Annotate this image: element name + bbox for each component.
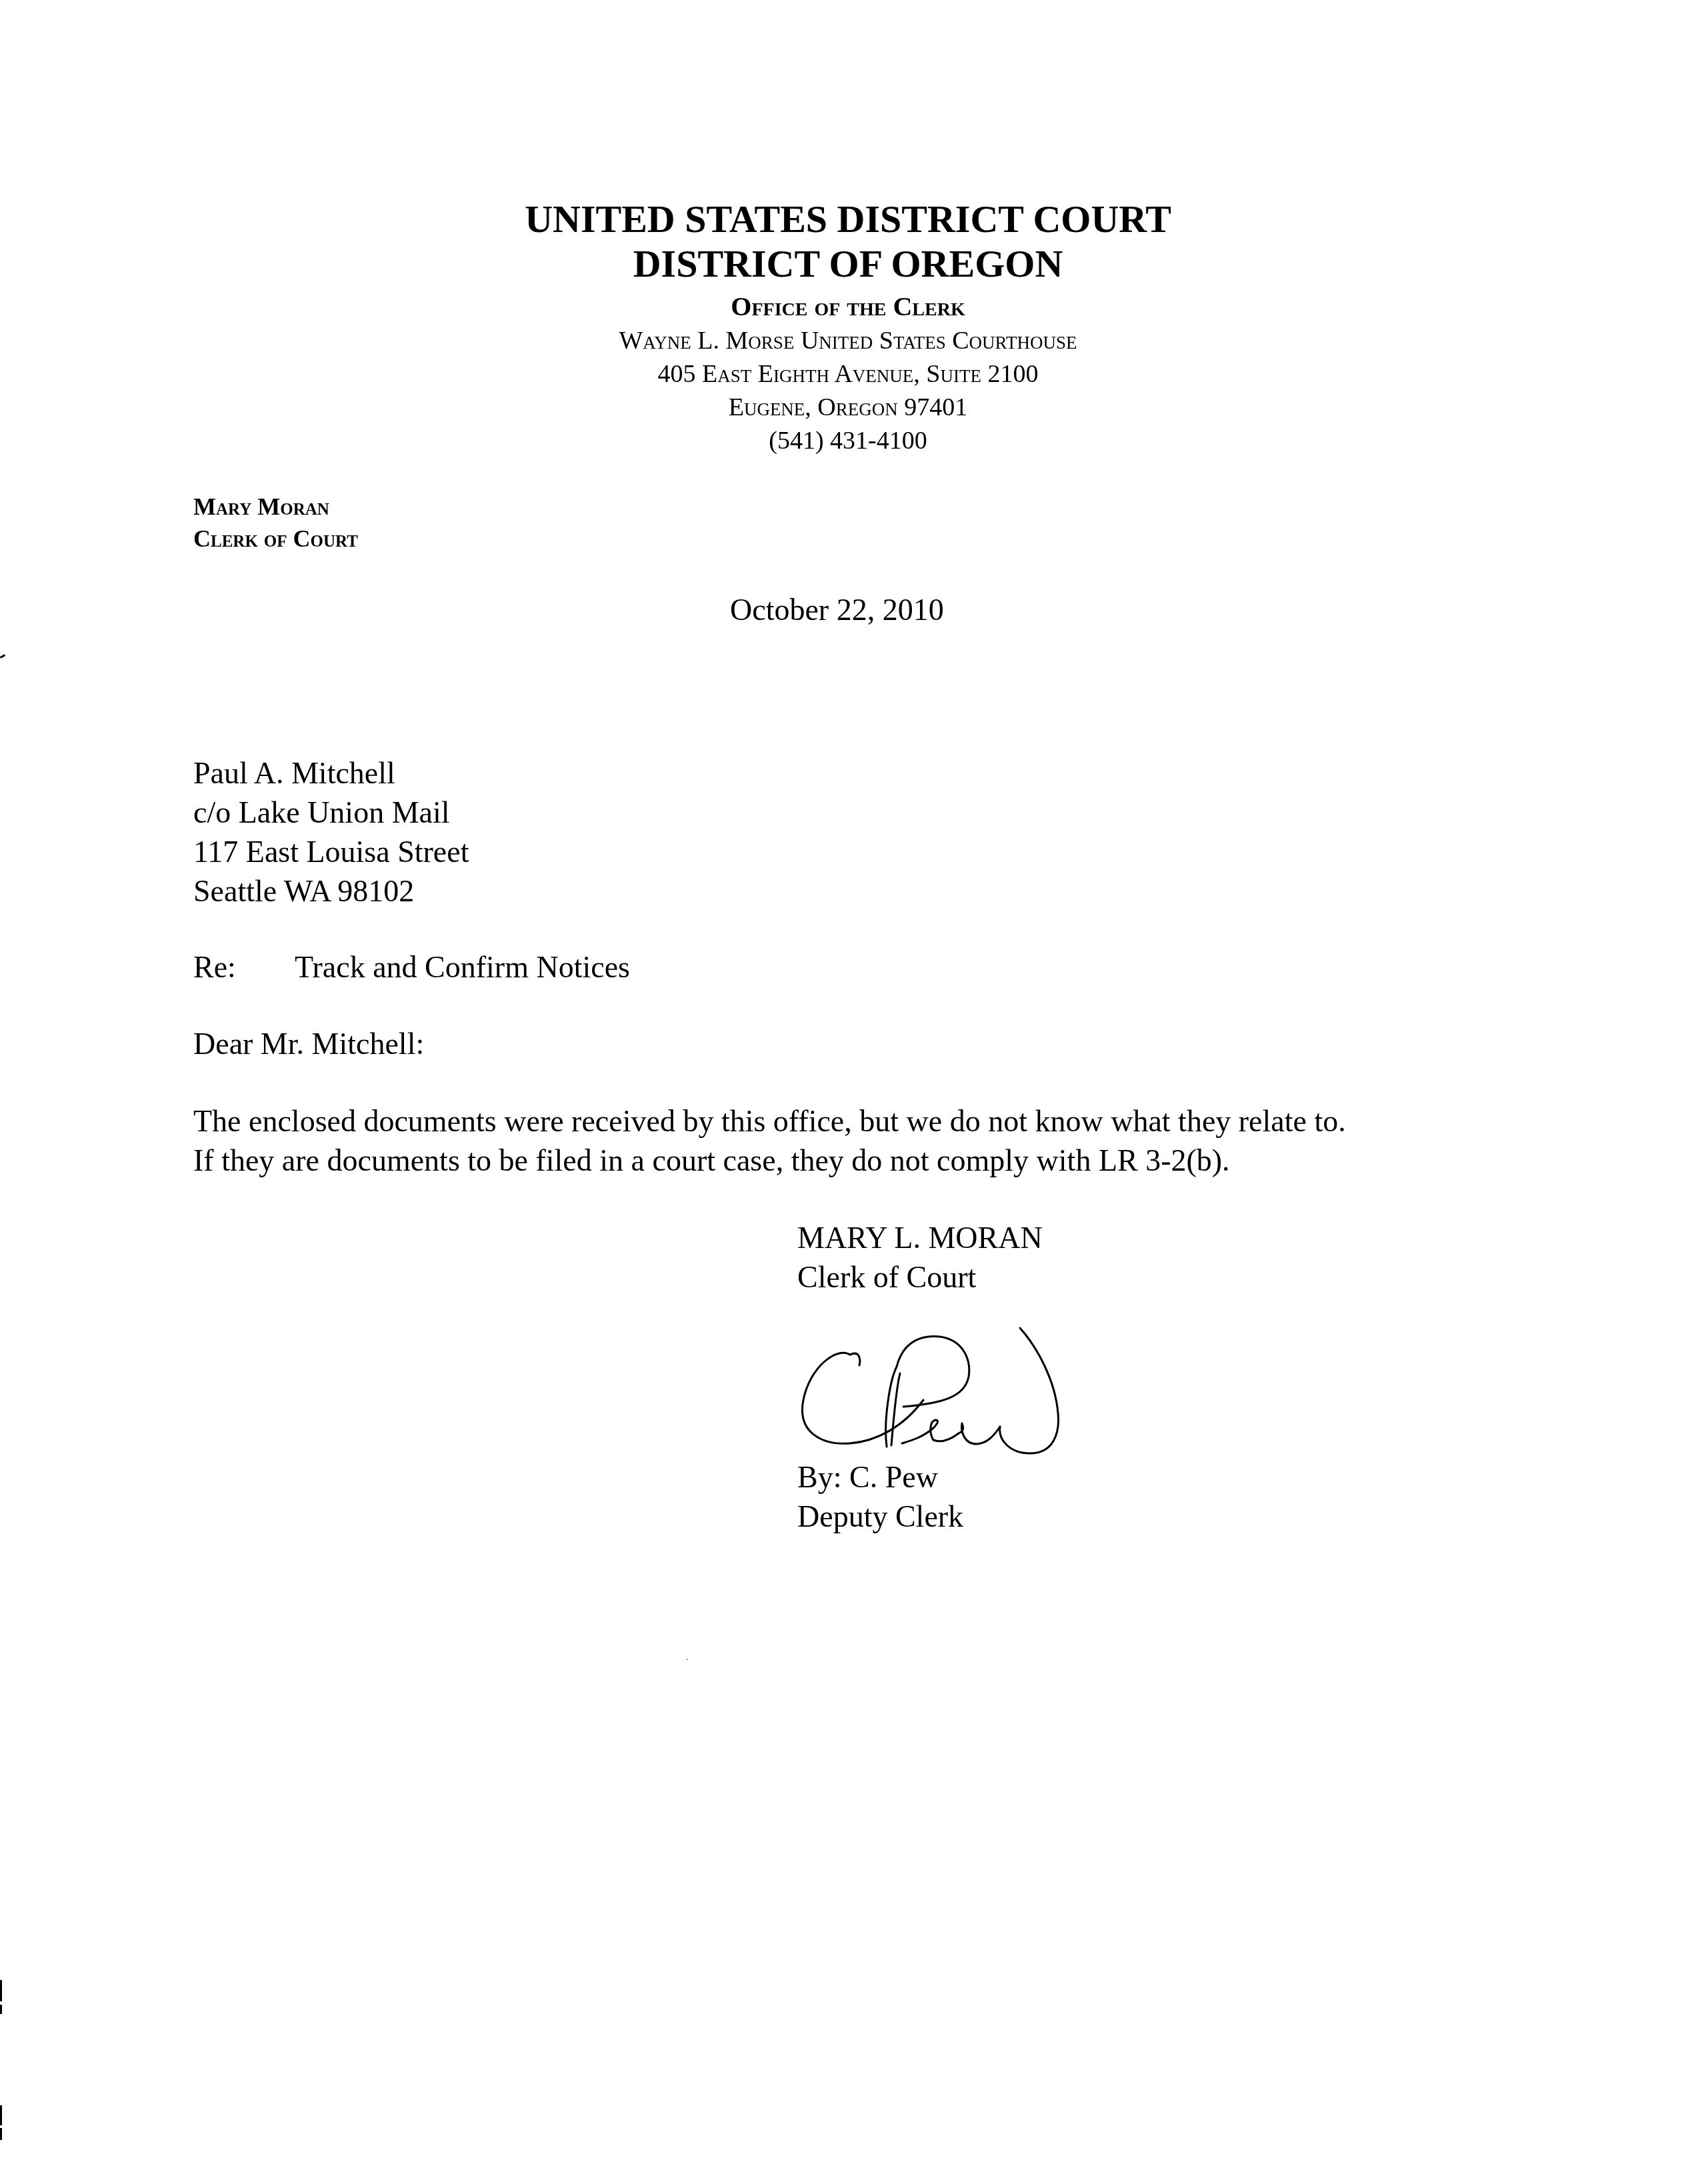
signed-by: By: C. Pew: [797, 1462, 938, 1493]
scan-mark: [0, 2005, 2, 2014]
district-name: DISTRICT OF OREGON: [0, 245, 1696, 283]
recipient-care-of: c/o Lake Union Mail: [193, 797, 450, 828]
recipient-city: Seattle WA 98102: [193, 876, 414, 907]
courthouse-street: 405 East Eighth Avenue, Suite 2100: [0, 361, 1696, 387]
courthouse-city: Eugene, Oregon 97401: [0, 395, 1696, 420]
salutation: Dear Mr. Mitchell:: [193, 1029, 424, 1059]
scan-mark: [0, 1980, 2, 2001]
subject-line: Re:Track and Confirm Notices: [193, 952, 630, 983]
clerk-title: Clerk of Court: [193, 527, 358, 551]
courthouse-name: Wayne L. Morse United States Courthouse: [0, 328, 1696, 353]
subject-label: Re:: [193, 952, 295, 983]
letter-date: October 22, 2010: [730, 595, 944, 625]
recipient-name: Paul A. Mitchell: [193, 758, 395, 789]
office-name: Office of the Clerk: [0, 293, 1696, 320]
scan-mark: [0, 2128, 2, 2140]
body-line-2: If they are documents to be filed in a c…: [193, 1145, 1230, 1176]
signatory-name: MARY L. MORAN: [797, 1223, 1043, 1253]
courthouse-phone: (541) 431-4100: [0, 428, 1696, 453]
scan-mark: [687, 1659, 688, 1660]
court-name: UNITED STATES DISTRICT COURT: [0, 200, 1696, 239]
scan-mark: [0, 654, 5, 659]
recipient-street: 117 East Louisa Street: [193, 837, 469, 867]
subject-text: Track and Confirm Notices: [295, 950, 630, 984]
scan-mark: [0, 2105, 2, 2125]
signed-by-title: Deputy Clerk: [797, 1501, 963, 1532]
clerk-name: Mary Moran: [193, 495, 329, 519]
handwritten-signature-icon: [797, 1313, 1110, 1460]
body-line-1: The enclosed documents were received by …: [193, 1106, 1346, 1137]
signatory-title: Clerk of Court: [797, 1262, 976, 1293]
